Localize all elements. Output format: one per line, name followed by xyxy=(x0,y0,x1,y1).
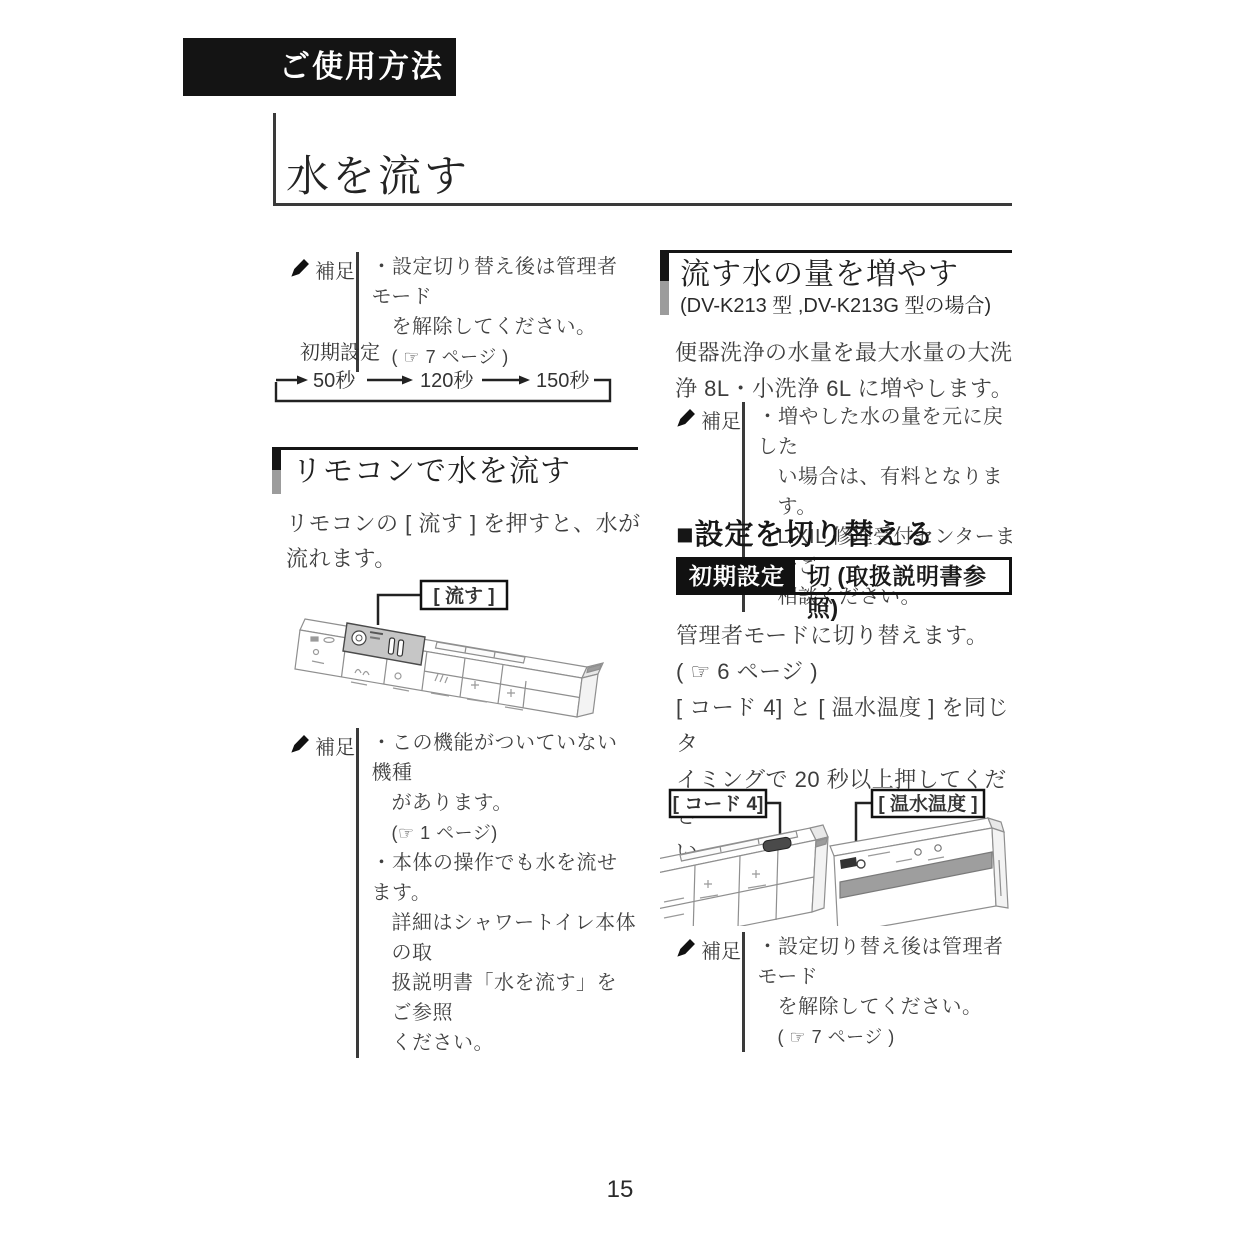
increase-water-description: 便器洗浄の水量を最大水量の大洗 浄 8L・小洗浄 6L に増やします。 xyxy=(675,335,1020,407)
subsection-heading-switch-setting: ■設定を切り替える xyxy=(676,512,935,553)
paragraph-line: 管理者モードに切り替えます。 xyxy=(676,618,1021,654)
paragraph-line: 便器洗浄の水量を最大水量の大洗 xyxy=(675,335,1020,371)
pencil-icon xyxy=(290,258,310,278)
remote-flush-description: リモコンの [ 流す ] を押すと、水が 流れます。 xyxy=(286,506,646,576)
heater-callout-label: [ 温水温度 ] xyxy=(878,792,977,815)
code4-callout-label: [ コード 4] xyxy=(673,794,764,815)
note-head: 補足 xyxy=(676,932,742,1052)
note-line: 詳細はシャワートイレ本体の取 xyxy=(372,908,638,968)
note-line: ・本体の操作でも水を流せます。 xyxy=(372,848,638,908)
section-title: 流す水の量を増やす xyxy=(680,257,991,293)
default-setting-value: 切 (取扱説明書参照) xyxy=(795,560,1009,592)
note-label: 補足 xyxy=(315,255,355,284)
section-heading-remote-flush: リモコンで水を流す xyxy=(272,447,638,494)
paragraph-line: [ コード 4] と [ 温水温度 ] を同じタ xyxy=(676,690,1021,762)
note-body: ・設定切り替え後は管理者モード を解除してください。 ( ☞ 7 ページ ) xyxy=(745,932,1017,1052)
paragraph-line: ( ☞ 6 ページ ) xyxy=(676,654,1021,690)
note-line: 扱説明書「水を流す」をご参照 xyxy=(372,968,638,1028)
note-label: 補足 xyxy=(315,731,355,760)
remote-control-illustration: [ 流す ] xyxy=(285,577,615,719)
note-block-remote-models: 補足 ・この機能がついていない機種 があります。 (☞ 1 ページ) ・本体の操… xyxy=(290,728,637,1058)
note-line: ・設定切り替え後は管理者モード xyxy=(372,252,638,312)
flow-step: 50秒 xyxy=(313,369,356,392)
heater-temp-button xyxy=(857,860,865,868)
pencil-icon xyxy=(676,408,696,428)
note-line: を解除してください。 xyxy=(758,992,1017,1022)
paragraph-line: 流れます。 xyxy=(286,541,646,576)
note-label: 補足 xyxy=(701,405,741,434)
button-location-illustrations: [ コード 4] xyxy=(660,784,1012,926)
remote-code4-illustration: [ コード 4] xyxy=(660,790,828,926)
note-line-page-ref: ( ☞ 7 ページ ) xyxy=(758,1022,1017,1052)
default-setting-label: 初期設定 xyxy=(679,560,795,592)
flow-step: 120秒 xyxy=(420,369,474,392)
default-setting-box: 初期設定 切 (取扱説明書参照) xyxy=(676,557,1012,595)
note-block-admin-mode-bottom: 補足 ・設定切り替え後は管理者モード を解除してください。 ( ☞ 7 ページ … xyxy=(676,932,1016,1052)
title-rule xyxy=(273,203,1012,206)
note-body: ・この機能がついていない機種 があります。 (☞ 1 ページ) ・本体の操作でも… xyxy=(359,728,638,1058)
flow-label: 初期設定 xyxy=(300,342,380,364)
note-line: ・この機能がついていない機種 xyxy=(372,728,638,788)
page-title: 水を流す xyxy=(286,143,470,204)
flow-step: 150秒 xyxy=(536,369,590,392)
paragraph-line: リモコンの [ 流す ] を押すと、水が xyxy=(286,506,646,541)
flush-duration-cycle-diagram: 初期設定 50秒 120秒 150秒 xyxy=(272,342,617,406)
note-line-page-ref: (☞ 1 ページ) xyxy=(372,818,638,848)
page-number: 15 xyxy=(0,1176,1240,1204)
section-subtitle: (DV-K213 型 ,DV-K213G 型の場合) xyxy=(680,293,991,319)
manual-page: ご使用方法 水を流す 補足 ・設定切り替え後は管理者モード を解除してください。… xyxy=(0,0,1240,1240)
pencil-icon xyxy=(676,938,696,958)
note-line: があります。 xyxy=(372,788,638,818)
section-heading-increase-water: 流す水の量を増やす (DV-K213 型 ,DV-K213G 型の場合) xyxy=(660,250,1012,319)
flush-callout-label: [ 流す ] xyxy=(433,584,494,607)
note-line: ・増やした水の量を元に戻した xyxy=(758,402,1017,462)
title-vertical-line xyxy=(273,113,276,204)
note-head: 補足 xyxy=(290,728,356,1058)
note-line: ・設定切り替え後は管理者モード xyxy=(758,932,1017,992)
note-label: 補足 xyxy=(701,935,741,964)
note-line: ください。 xyxy=(372,1028,638,1058)
remote-heater-illustration: [ 温水温度 ] xyxy=(830,790,1008,926)
section-accent-bar xyxy=(272,450,281,494)
section-accent-bar xyxy=(660,253,669,315)
pencil-icon xyxy=(290,734,310,754)
note-line: を解除してください。 xyxy=(372,312,638,342)
category-tab: ご使用方法 xyxy=(183,38,456,96)
section-title: リモコンで水を流す xyxy=(292,454,571,490)
